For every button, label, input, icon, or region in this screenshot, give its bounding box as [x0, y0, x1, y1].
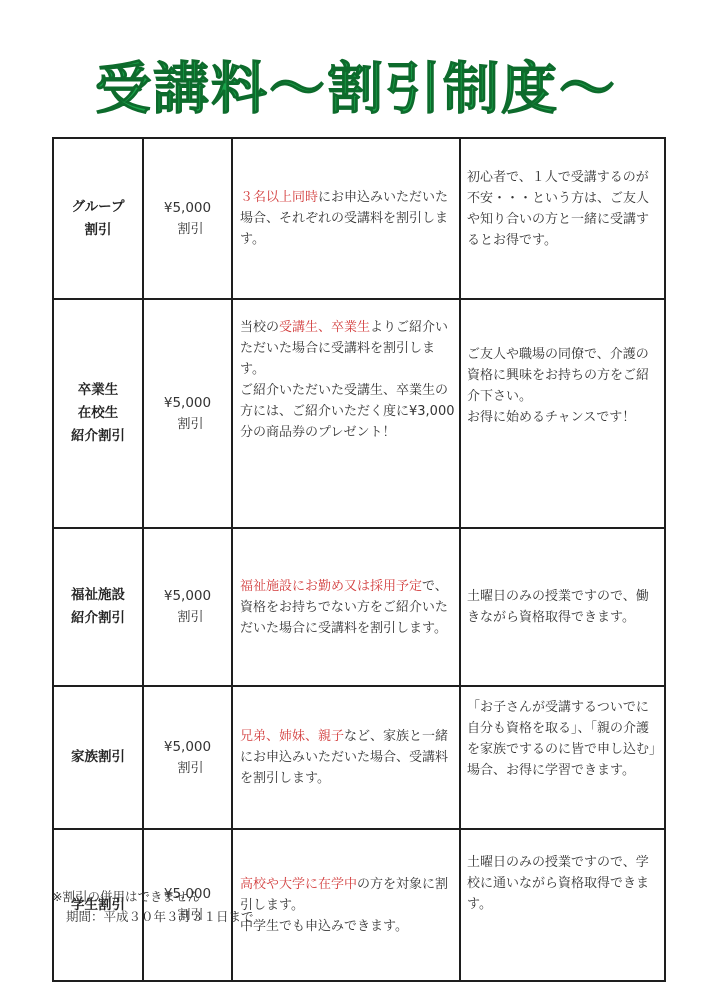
discount-amount-cell: ¥5,000 割引: [143, 138, 232, 299]
detail-extra: 中学生でも申込みできます。: [240, 916, 455, 937]
note-text: 初心者で、１人で受講するのが不安・・・という方は、ご友人や知り合いの方と一緒に受…: [467, 170, 649, 248]
table-row-welfare-discount: 福祉施設 紹介割引 ¥5,000 割引 福祉施設にお勤め又は採用予定で、資格をお…: [53, 528, 665, 686]
discount-name-cell: 福祉施設 紹介割引: [53, 528, 143, 686]
discount-note-cell: 土曜日のみの授業ですので、働きながら資格取得できます。: [460, 528, 665, 686]
detail-extra: ご紹介いただいた受講生、卒業生の方には、ご紹介いただく度に¥3,000 分の商品…: [240, 380, 455, 443]
discount-note-cell: 初心者で、１人で受講するのが不安・・・という方は、ご友人や知り合いの方と一緒に受…: [460, 138, 665, 299]
note-text: 土曜日のみの授業ですので、働きながら資格取得できます。: [467, 589, 649, 625]
discount-note-cell: ご友人や職場の同僚で、介護の資格に興味をお持ちの方をご紹介下さい。 お得に始める…: [460, 299, 665, 528]
detail-highlight: ３名以上同時: [240, 190, 318, 205]
discount-amount-cell: ¥5,000 割引: [143, 528, 232, 686]
detail-highlight: 福祉施設にお勤め又は採用予定: [240, 579, 422, 594]
footer-notes: ※割引の併用はできません 期間：平成３０年３月３１日まで: [52, 887, 254, 927]
discount-name-line: 在校生: [54, 402, 142, 425]
detail-highlight: 兄弟、姉妹、親子: [240, 729, 344, 744]
discount-name-cell: グループ 割引: [53, 138, 143, 299]
table-row-family-discount: 家族割引 ¥5,000 割引 兄弟、姉妹、親子など、家族と一緒にお申込みいただい…: [53, 686, 665, 829]
detail-prefix: 当校の: [240, 320, 279, 335]
discount-amount: ¥5,000: [144, 392, 231, 414]
discount-name-line: 紹介割引: [54, 607, 142, 630]
discount-detail-cell: 高校や大学に在学中の方を対象に割引します。中学生でも申込みできます。: [232, 829, 460, 981]
detail-highlight: 高校や大学に在学中: [240, 877, 357, 892]
discount-name-cell: 卒業生 在校生 紹介割引: [53, 299, 143, 528]
note-text: お得に始めるチャンスです！: [467, 407, 660, 428]
discount-amount-cell: ¥5,000 割引: [143, 686, 232, 829]
discount-name-line: 家族割引: [54, 746, 142, 769]
table-row-group-discount: グループ 割引 ¥5,000 割引 ３名以上同時にお申込みいただいた場合、それぞ…: [53, 138, 665, 299]
discount-detail-cell: 当校の受講生、卒業生よりご紹介いただいた場合に受講料を割引します。ご紹介いただい…: [232, 299, 460, 528]
discount-amount: ¥5,000: [144, 585, 231, 607]
discount-name-line: 割引: [54, 219, 142, 242]
discount-name-line: 福祉施設: [54, 584, 142, 607]
discount-unit: 割引: [144, 758, 231, 780]
note-text: 土曜日のみの授業ですので、学校に通いながら資格取得できます。: [467, 855, 649, 912]
discount-detail-cell: 福祉施設にお勤め又は採用予定で、資格をお持ちでない方をご紹介いただいた場合に受講…: [232, 528, 460, 686]
discount-detail-cell: ３名以上同時にお申込みいただいた場合、それぞれの受講料を割引します。: [232, 138, 460, 299]
discount-amount: ¥5,000: [144, 197, 231, 219]
discount-note-cell: 土曜日のみの授業ですので、学校に通いながら資格取得できます。: [460, 829, 665, 981]
discount-unit: 割引: [144, 219, 231, 241]
discount-name-cell: 家族割引: [53, 686, 143, 829]
detail-highlight: 受講生、卒業生: [279, 320, 370, 335]
discount-amount-cell: ¥5,000 割引: [143, 299, 232, 528]
note-text: ご友人や職場の同僚で、介護の資格に興味をお持ちの方をご紹介下さい。: [467, 344, 660, 407]
discount-name-line: 卒業生: [54, 379, 142, 402]
discount-note-cell: 「お子さんが受講するついでに自分も資格を取る」、「親の介護を家族でするのに皆で申…: [460, 686, 665, 829]
table-row-referral-discount: 卒業生 在校生 紹介割引 ¥5,000 割引 当校の受講生、卒業生よりご紹介いた…: [53, 299, 665, 528]
discount-table: グループ 割引 ¥5,000 割引 ３名以上同時にお申込みいただいた場合、それぞ…: [52, 137, 666, 982]
discount-name-line: グループ: [54, 196, 142, 219]
page-title: 受講料〜割引制度〜: [0, 55, 712, 125]
discount-amount: ¥5,000: [144, 736, 231, 758]
note-text: 「お子さんが受講するついでに自分も資格を取る」、「親の介護を家族でするのに皆で申…: [467, 700, 656, 778]
combination-note: ※割引の併用はできません: [52, 887, 254, 907]
discount-unit: 割引: [144, 414, 231, 436]
period-note: 期間：平成３０年３月３１日まで: [52, 907, 254, 927]
discount-name-line: 紹介割引: [54, 425, 142, 448]
discount-detail-cell: 兄弟、姉妹、親子など、家族と一緒にお申込みいただいた場合、受講料を割引します。: [232, 686, 460, 829]
discount-unit: 割引: [144, 607, 231, 629]
